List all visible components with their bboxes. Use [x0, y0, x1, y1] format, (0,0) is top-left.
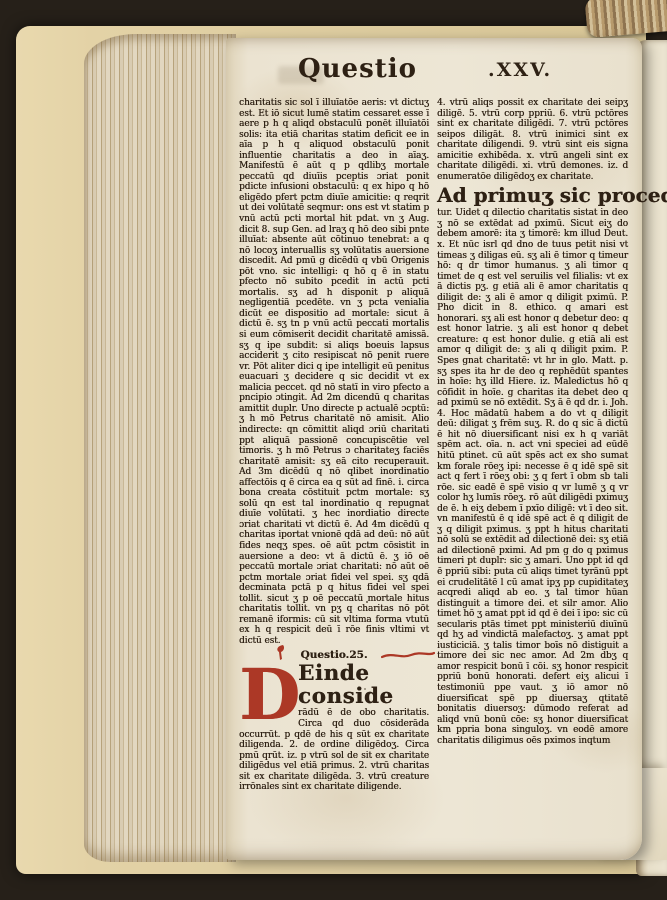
capitulum-mark: [275, 645, 285, 660]
left-column: charitatis sic sol ī illuīatōe aeris: vt…: [239, 98, 429, 793]
running-title: Questio: [298, 54, 417, 84]
ink-speck: [366, 601, 368, 603]
article-heading: Ad primuʒ sic procedi: [437, 183, 628, 207]
folio-number: .XXV.: [488, 59, 552, 81]
right-column-text: tur. Uidet q dilectio charitatis sistat …: [437, 208, 628, 746]
photo-background: Questio .XXV. charitatis sic sol ī illuī…: [0, 0, 667, 900]
page-stack-edges: [84, 34, 236, 862]
page-header: Questio .XXV.: [226, 52, 642, 98]
head-edge-coil: [584, 0, 667, 38]
book-page: Questio .XXV. charitatis sic sol ī illuī…: [226, 38, 642, 860]
ink-speck: [364, 688, 366, 690]
question-label-line: Questio.25.: [239, 649, 429, 661]
ink-speck: [556, 645, 558, 647]
question-label: Questio.25.: [301, 649, 368, 661]
left-column-text: charitatis sic sol ī illuīatōe aeris: vt…: [239, 98, 429, 646]
text-columns: charitatis sic sol ī illuīatōe aeris: vt…: [226, 98, 642, 793]
section-incipit: Einde conside: [298, 662, 394, 709]
questio-25-section: D Einde conside rādū ē de obo charitatis…: [239, 662, 429, 792]
right-column-intro: 4. vtrū aliqs possit ex charitate dei se…: [437, 98, 628, 182]
right-column: 4. vtrū aliqs possit ex charitate dei se…: [437, 98, 628, 793]
red-initial-d: D: [239, 665, 293, 729]
rubric-flourish: [381, 650, 435, 662]
